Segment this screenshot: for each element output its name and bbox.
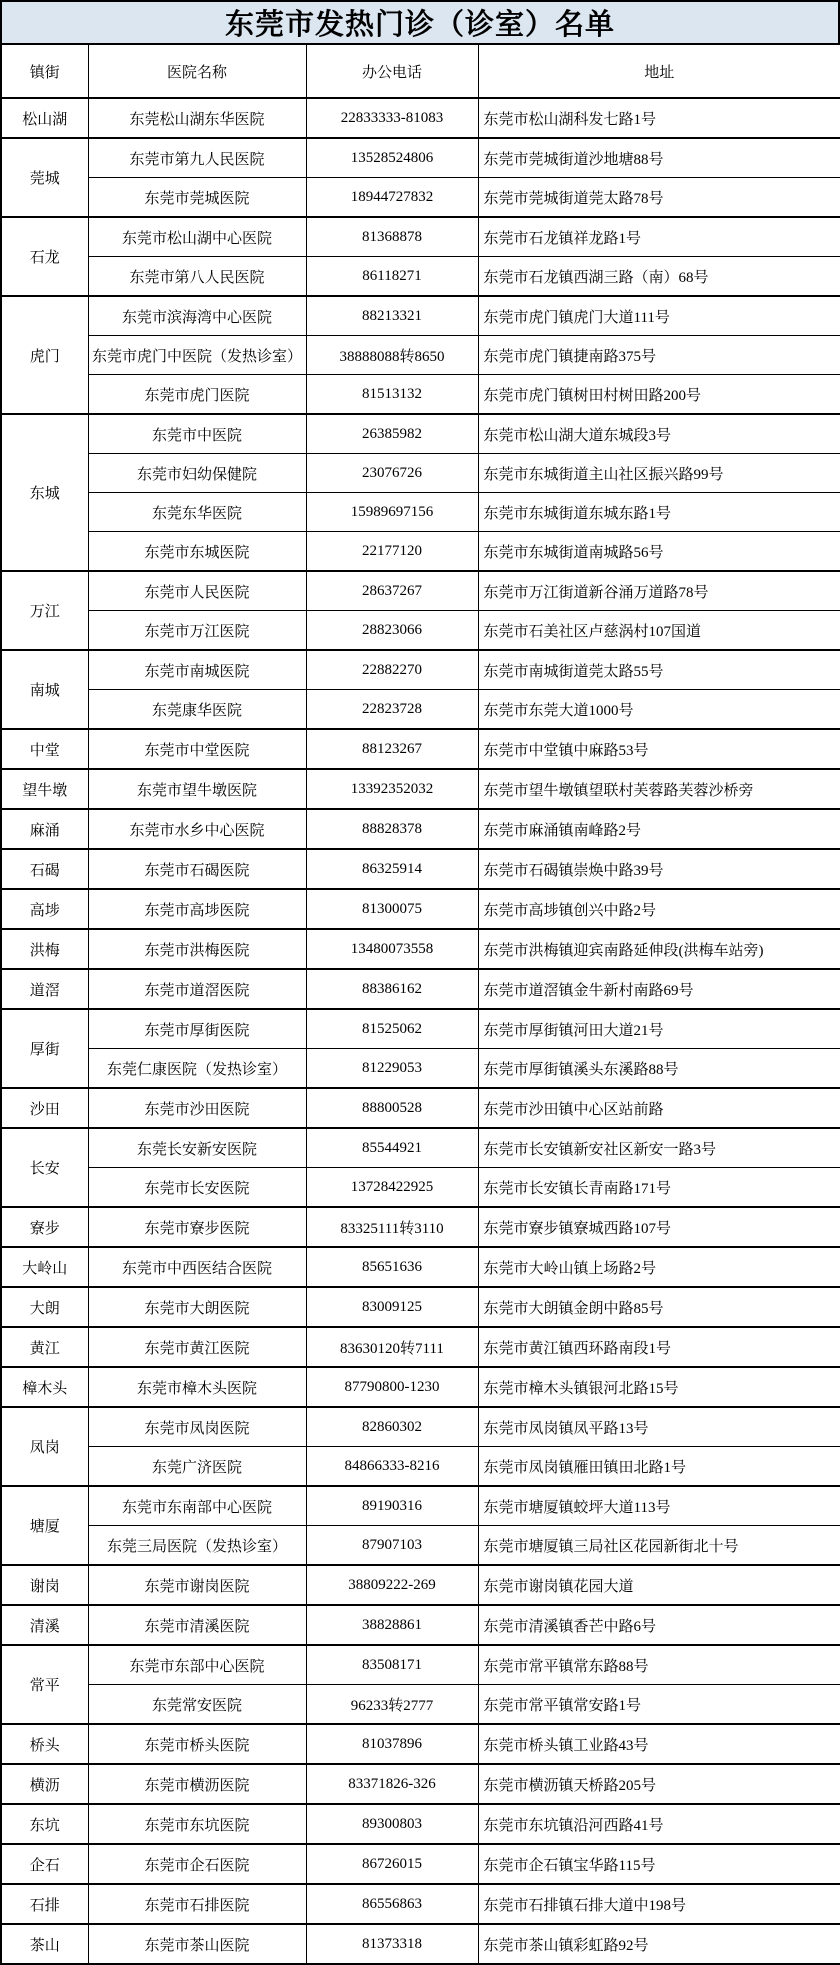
address-cell: 东莞市松山湖大道东城段3号 — [478, 414, 840, 454]
hospital-name-cell: 东莞市东部中心医院 — [88, 1645, 306, 1685]
address-cell: 东莞市长安镇新安社区新安一路3号 — [478, 1128, 840, 1168]
table-row: 厚街东莞市厚街医院81525062东莞市厚街镇河田大道21号 — [1, 1009, 840, 1049]
address-cell: 东莞市大朗镇金朗中路85号 — [478, 1287, 840, 1327]
hospital-name-cell: 东莞市虎门中医院（发热诊室） — [88, 336, 306, 375]
fever-clinic-document: 东莞市发热门诊（诊室）名单 镇街 医院名称 办公电话 地址 松山湖东莞松山湖东华… — [0, 0, 840, 1965]
address-cell: 东莞市洪梅镇迎宾南路延伸段(洪梅车站旁) — [478, 929, 840, 969]
phone-cell: 86726015 — [306, 1844, 478, 1884]
phone-cell: 86118271 — [306, 257, 478, 297]
address-cell: 东莞市石龙镇西湖三路（南）68号 — [478, 257, 840, 297]
hospital-name-cell: 东莞市妇幼保健院 — [88, 454, 306, 493]
hospital-name-cell: 东莞市松山湖中心医院 — [88, 217, 306, 257]
hospital-name-cell: 东莞康华医院 — [88, 690, 306, 730]
phone-cell: 87790800-1230 — [306, 1367, 478, 1407]
phone-cell: 28637267 — [306, 571, 478, 611]
hospital-name-cell: 东莞市大朗医院 — [88, 1287, 306, 1327]
phone-cell: 15989697156 — [306, 493, 478, 532]
table-row: 东莞市虎门医院81513132东莞市虎门镇树田村树田路200号 — [1, 375, 840, 415]
table-row: 东莞市虎门中医院（发热诊室）38888088转8650东莞市虎门镇捷南路375号 — [1, 336, 840, 375]
table-row: 凤岗东莞市凤岗医院82860302东莞市凤岗镇凤平路13号 — [1, 1407, 840, 1447]
header-town: 镇街 — [1, 44, 88, 98]
phone-cell: 88800528 — [306, 1088, 478, 1128]
hospital-name-cell: 东莞市横沥医院 — [88, 1764, 306, 1804]
table-row: 沙田东莞市沙田医院88800528东莞市沙田镇中心区站前路 — [1, 1088, 840, 1128]
phone-cell: 26385982 — [306, 414, 478, 454]
table-row: 黄江东莞市黄江医院83630120转7111东莞市黄江镇西环路南段1号 — [1, 1327, 840, 1367]
hospital-name-cell: 东莞东华医院 — [88, 493, 306, 532]
town-cell: 洪梅 — [1, 929, 88, 969]
phone-cell: 83009125 — [306, 1287, 478, 1327]
phone-cell: 81513132 — [306, 375, 478, 415]
town-cell: 企石 — [1, 1844, 88, 1884]
hospital-name-cell: 东莞市樟木头医院 — [88, 1367, 306, 1407]
phone-cell: 88828378 — [306, 809, 478, 849]
table-row: 石龙东莞市松山湖中心医院81368878东莞市石龙镇祥龙路1号 — [1, 217, 840, 257]
address-cell: 东莞市东城街道东城东路1号 — [478, 493, 840, 532]
address-cell: 东莞市高埗镇创兴中路2号 — [478, 889, 840, 929]
hospital-name-cell: 东莞市东坑医院 — [88, 1804, 306, 1844]
address-cell: 东莞市莞城街道沙地塘88号 — [478, 138, 840, 178]
phone-cell: 84866333-8216 — [306, 1447, 478, 1487]
town-cell: 谢岗 — [1, 1565, 88, 1605]
table-row: 谢岗东莞市谢岗医院38809222-269东莞市谢岗镇花园大道 — [1, 1565, 840, 1605]
phone-cell: 81373318 — [306, 1924, 478, 1964]
town-cell: 虎门 — [1, 296, 88, 414]
hospital-name-cell: 东莞市谢岗医院 — [88, 1565, 306, 1605]
table-row: 塘厦东莞市东南部中心医院89190316东莞市塘厦镇蛟坪大道113号 — [1, 1486, 840, 1526]
town-cell: 东城 — [1, 414, 88, 571]
header-phone: 办公电话 — [306, 44, 478, 98]
table-row: 洪梅东莞市洪梅医院13480073558东莞市洪梅镇迎宾南路延伸段(洪梅车站旁) — [1, 929, 840, 969]
hospital-name-cell: 东莞市凤岗医院 — [88, 1407, 306, 1447]
phone-cell: 88386162 — [306, 969, 478, 1009]
address-cell: 东莞市莞城街道莞太路78号 — [478, 178, 840, 218]
clinic-table: 镇街 医院名称 办公电话 地址 松山湖东莞松山湖东华医院22833333-810… — [0, 43, 840, 1965]
town-cell: 石龙 — [1, 217, 88, 296]
hospital-name-cell: 东莞市第九人民医院 — [88, 138, 306, 178]
address-cell: 东莞市道滘镇金牛新村南路69号 — [478, 969, 840, 1009]
hospital-name-cell: 东莞市沙田医院 — [88, 1088, 306, 1128]
hospital-name-cell: 东莞松山湖东华医院 — [88, 98, 306, 138]
address-cell: 东莞市常平镇常东路88号 — [478, 1645, 840, 1685]
table-row: 东莞市万江医院28823066东莞市石美社区卢慈涡村107国道 — [1, 611, 840, 651]
table-row: 东莞康华医院22823728东莞市东莞大道1000号 — [1, 690, 840, 730]
address-cell: 东莞市凤岗镇雁田镇田北路1号 — [478, 1447, 840, 1487]
hospital-name-cell: 东莞市水乡中心医院 — [88, 809, 306, 849]
phone-cell: 13728422925 — [306, 1168, 478, 1208]
table-row: 望牛墩东莞市望牛墩医院13392352032东莞市望牛墩镇望联村芙蓉路芙蓉沙桥旁 — [1, 769, 840, 809]
town-cell: 厚街 — [1, 1009, 88, 1088]
hospital-name-cell: 东莞市茶山医院 — [88, 1924, 306, 1964]
phone-cell: 13392352032 — [306, 769, 478, 809]
hospital-name-cell: 东莞市厚街医院 — [88, 1009, 306, 1049]
table-row: 石排东莞市石排医院86556863东莞市石排镇石排大道中198号 — [1, 1884, 840, 1924]
table-row: 大岭山东莞市中西医结合医院85651636东莞市大岭山镇上场路2号 — [1, 1247, 840, 1287]
town-cell: 沙田 — [1, 1088, 88, 1128]
hospital-name-cell: 东莞市企石医院 — [88, 1844, 306, 1884]
phone-cell: 88123267 — [306, 729, 478, 769]
phone-cell: 83630120转7111 — [306, 1327, 478, 1367]
hospital-name-cell: 东莞市中西医结合医院 — [88, 1247, 306, 1287]
address-cell: 东莞市横沥镇天桥路205号 — [478, 1764, 840, 1804]
phone-cell: 81300075 — [306, 889, 478, 929]
phone-cell: 81229053 — [306, 1049, 478, 1089]
table-body: 松山湖东莞松山湖东华医院22833333-81083东莞市松山湖科发七路1号莞城… — [1, 98, 840, 1964]
town-cell: 南城 — [1, 650, 88, 729]
town-cell: 万江 — [1, 571, 88, 650]
address-cell: 东莞市沙田镇中心区站前路 — [478, 1088, 840, 1128]
address-cell: 东莞市黄江镇西环路南段1号 — [478, 1327, 840, 1367]
address-cell: 东莞市麻涌镇南峰路2号 — [478, 809, 840, 849]
hospital-name-cell: 东莞广济医院 — [88, 1447, 306, 1487]
hospital-name-cell: 东莞市石碣医院 — [88, 849, 306, 889]
hospital-name-cell: 东莞市第八人民医院 — [88, 257, 306, 297]
address-cell: 东莞市厚街镇河田大道21号 — [478, 1009, 840, 1049]
address-cell: 东莞市石排镇石排大道中198号 — [478, 1884, 840, 1924]
phone-cell: 38809222-269 — [306, 1565, 478, 1605]
town-cell: 大朗 — [1, 1287, 88, 1327]
phone-cell: 22882270 — [306, 650, 478, 690]
hospital-name-cell: 东莞市长安医院 — [88, 1168, 306, 1208]
town-cell: 长安 — [1, 1128, 88, 1207]
address-cell: 东莞市石碣镇崇焕中路39号 — [478, 849, 840, 889]
town-cell: 中堂 — [1, 729, 88, 769]
address-cell: 东莞市寮步镇寮城西路107号 — [478, 1207, 840, 1247]
phone-cell: 83371826-326 — [306, 1764, 478, 1804]
table-row: 石碣东莞市石碣医院86325914东莞市石碣镇崇焕中路39号 — [1, 849, 840, 889]
phone-cell: 87907103 — [306, 1526, 478, 1566]
phone-cell: 13528524806 — [306, 138, 478, 178]
table-row: 东莞市莞城医院18944727832东莞市莞城街道莞太路78号 — [1, 178, 840, 218]
town-cell: 塘厦 — [1, 1486, 88, 1565]
hospital-name-cell: 东莞市东城医院 — [88, 532, 306, 572]
hospital-name-cell: 东莞市寮步医院 — [88, 1207, 306, 1247]
phone-cell: 22177120 — [306, 532, 478, 572]
phone-cell: 22833333-81083 — [306, 98, 478, 138]
town-cell: 望牛墩 — [1, 769, 88, 809]
address-cell: 东莞市松山湖科发七路1号 — [478, 98, 840, 138]
phone-cell: 83508171 — [306, 1645, 478, 1685]
address-cell: 东莞市虎门镇虎门大道111号 — [478, 296, 840, 336]
table-row: 茶山东莞市茶山医院81373318东莞市茶山镇彩虹路92号 — [1, 1924, 840, 1964]
hospital-name-cell: 东莞市黄江医院 — [88, 1327, 306, 1367]
hospital-name-cell: 东莞仁康医院（发热诊室） — [88, 1049, 306, 1089]
hospital-name-cell: 东莞长安新安医院 — [88, 1128, 306, 1168]
table-row: 虎门东莞市滨海湾中心医院88213321东莞市虎门镇虎门大道111号 — [1, 296, 840, 336]
hospital-name-cell: 东莞市虎门医院 — [88, 375, 306, 415]
town-cell: 石碣 — [1, 849, 88, 889]
table-row: 东莞市长安医院13728422925东莞市长安镇长青南路171号 — [1, 1168, 840, 1208]
phone-cell: 81368878 — [306, 217, 478, 257]
address-cell: 东莞市虎门镇树田村树田路200号 — [478, 375, 840, 415]
hospital-name-cell: 东莞市万江医院 — [88, 611, 306, 651]
table-row: 道滘东莞市道滘医院88386162东莞市道滘镇金牛新村南路69号 — [1, 969, 840, 1009]
town-cell: 麻涌 — [1, 809, 88, 849]
phone-cell: 38828861 — [306, 1605, 478, 1645]
table-row: 企石东莞市企石医院86726015东莞市企石镇宝华路115号 — [1, 1844, 840, 1884]
address-cell: 东莞市樟木头镇银河北路15号 — [478, 1367, 840, 1407]
town-cell: 大岭山 — [1, 1247, 88, 1287]
table-row: 高埗东莞市高埗医院81300075东莞市高埗镇创兴中路2号 — [1, 889, 840, 929]
address-cell: 东莞市虎门镇捷南路375号 — [478, 336, 840, 375]
phone-cell: 88213321 — [306, 296, 478, 336]
hospital-name-cell: 东莞市清溪医院 — [88, 1605, 306, 1645]
hospital-name-cell: 东莞市道滘医院 — [88, 969, 306, 1009]
address-cell: 东莞市中堂镇中麻路53号 — [478, 729, 840, 769]
hospital-name-cell: 东莞市洪梅医院 — [88, 929, 306, 969]
town-cell: 莞城 — [1, 138, 88, 217]
table-header: 镇街 医院名称 办公电话 地址 — [1, 44, 840, 98]
phone-cell: 89300803 — [306, 1804, 478, 1844]
phone-cell: 23076726 — [306, 454, 478, 493]
town-cell: 道滘 — [1, 969, 88, 1009]
town-cell: 松山湖 — [1, 98, 88, 138]
phone-cell: 85544921 — [306, 1128, 478, 1168]
table-row: 东莞三局医院（发热诊室）87907103东莞市塘厦镇三局社区花园新街北十号 — [1, 1526, 840, 1566]
hospital-name-cell: 东莞市桥头医院 — [88, 1724, 306, 1764]
header-row: 镇街 医院名称 办公电话 地址 — [1, 44, 840, 98]
hospital-name-cell: 东莞市石排医院 — [88, 1884, 306, 1924]
hospital-name-cell: 东莞市中堂医院 — [88, 729, 306, 769]
address-cell: 东莞市南城街道莞太路55号 — [478, 650, 840, 690]
phone-cell: 86556863 — [306, 1884, 478, 1924]
phone-cell: 86325914 — [306, 849, 478, 889]
town-cell: 黄江 — [1, 1327, 88, 1367]
hospital-name-cell: 东莞市高埗医院 — [88, 889, 306, 929]
town-cell: 高埗 — [1, 889, 88, 929]
phone-cell: 22823728 — [306, 690, 478, 730]
phone-cell: 18944727832 — [306, 178, 478, 218]
address-cell: 东莞市塘厦镇蛟坪大道113号 — [478, 1486, 840, 1526]
table-row: 常平东莞市东部中心医院83508171东莞市常平镇常东路88号 — [1, 1645, 840, 1685]
table-row: 东莞市第八人民医院86118271东莞市石龙镇西湖三路（南）68号 — [1, 257, 840, 297]
town-cell: 常平 — [1, 1645, 88, 1724]
table-row: 东莞常安医院96233转2777东莞市常平镇常安路1号 — [1, 1685, 840, 1725]
address-cell: 东莞市桥头镇工业路43号 — [478, 1724, 840, 1764]
phone-cell: 38888088转8650 — [306, 336, 478, 375]
phone-cell: 81525062 — [306, 1009, 478, 1049]
table-row: 长安东莞长安新安医院85544921东莞市长安镇新安社区新安一路3号 — [1, 1128, 840, 1168]
address-cell: 东莞市塘厦镇三局社区花园新街北十号 — [478, 1526, 840, 1566]
table-row: 桥头东莞市桥头医院81037896东莞市桥头镇工业路43号 — [1, 1724, 840, 1764]
town-cell: 樟木头 — [1, 1367, 88, 1407]
table-row: 东莞仁康医院（发热诊室）81229053东莞市厚街镇溪头东溪路88号 — [1, 1049, 840, 1089]
table-row: 东莞广济医院84866333-8216东莞市凤岗镇雁田镇田北路1号 — [1, 1447, 840, 1487]
town-cell: 凤岗 — [1, 1407, 88, 1486]
address-cell: 东莞市望牛墩镇望联村芙蓉路芙蓉沙桥旁 — [478, 769, 840, 809]
hospital-name-cell: 东莞市东南部中心医院 — [88, 1486, 306, 1526]
address-cell: 东莞市常平镇常安路1号 — [478, 1685, 840, 1725]
hospital-name-cell: 东莞市人民医院 — [88, 571, 306, 611]
phone-cell: 85651636 — [306, 1247, 478, 1287]
table-row: 莞城东莞市第九人民医院13528524806东莞市莞城街道沙地塘88号 — [1, 138, 840, 178]
phone-cell: 13480073558 — [306, 929, 478, 969]
table-row: 麻涌东莞市水乡中心医院88828378东莞市麻涌镇南峰路2号 — [1, 809, 840, 849]
town-cell: 清溪 — [1, 1605, 88, 1645]
address-cell: 东莞市谢岗镇花园大道 — [478, 1565, 840, 1605]
table-row: 大朗东莞市大朗医院83009125东莞市大朗镇金朗中路85号 — [1, 1287, 840, 1327]
address-cell: 东莞市大岭山镇上场路2号 — [478, 1247, 840, 1287]
hospital-name-cell: 东莞市滨海湾中心医院 — [88, 296, 306, 336]
table-row: 松山湖东莞松山湖东华医院22833333-81083东莞市松山湖科发七路1号 — [1, 98, 840, 138]
hospital-name-cell: 东莞市南城医院 — [88, 650, 306, 690]
table-row: 东城东莞市中医院26385982东莞市松山湖大道东城段3号 — [1, 414, 840, 454]
hospital-name-cell: 东莞三局医院（发热诊室） — [88, 1526, 306, 1566]
table-row: 南城东莞市南城医院22882270东莞市南城街道莞太路55号 — [1, 650, 840, 690]
address-cell: 东莞市厚街镇溪头东溪路88号 — [478, 1049, 840, 1089]
address-cell: 东莞市企石镇宝华路115号 — [478, 1844, 840, 1884]
table-row: 东莞东华医院15989697156东莞市东城街道东城东路1号 — [1, 493, 840, 532]
table-row: 万江东莞市人民医院28637267东莞市万江街道新谷涌万道路78号 — [1, 571, 840, 611]
address-cell: 东莞市东坑镇沿河西路41号 — [478, 1804, 840, 1844]
phone-cell: 89190316 — [306, 1486, 478, 1526]
phone-cell: 96233转2777 — [306, 1685, 478, 1725]
hospital-name-cell: 东莞市莞城医院 — [88, 178, 306, 218]
address-cell: 东莞市清溪镇香芒中路6号 — [478, 1605, 840, 1645]
table-row: 东莞市妇幼保健院23076726东莞市东城街道主山社区振兴路99号 — [1, 454, 840, 493]
address-cell: 东莞市万江街道新谷涌万道路78号 — [478, 571, 840, 611]
address-cell: 东莞市东城街道主山社区振兴路99号 — [478, 454, 840, 493]
table-row: 东莞市东城医院22177120东莞市东城街道南城路56号 — [1, 532, 840, 572]
phone-cell: 82860302 — [306, 1407, 478, 1447]
table-row: 东坑东莞市东坑医院89300803东莞市东坑镇沿河西路41号 — [1, 1804, 840, 1844]
town-cell: 寮步 — [1, 1207, 88, 1247]
phone-cell: 81037896 — [306, 1724, 478, 1764]
address-cell: 东莞市茶山镇彩虹路92号 — [478, 1924, 840, 1964]
town-cell: 东坑 — [1, 1804, 88, 1844]
table-row: 寮步东莞市寮步医院83325111转3110东莞市寮步镇寮城西路107号 — [1, 1207, 840, 1247]
table-row: 横沥东莞市横沥医院83371826-326东莞市横沥镇天桥路205号 — [1, 1764, 840, 1804]
town-cell: 横沥 — [1, 1764, 88, 1804]
header-hospital-name: 医院名称 — [88, 44, 306, 98]
page-title: 东莞市发热门诊（诊室）名单 — [0, 0, 840, 43]
table-row: 樟木头东莞市樟木头医院87790800-1230东莞市樟木头镇银河北路15号 — [1, 1367, 840, 1407]
address-cell: 东莞市石龙镇祥龙路1号 — [478, 217, 840, 257]
address-cell: 东莞市东莞大道1000号 — [478, 690, 840, 730]
table-row: 中堂东莞市中堂医院88123267东莞市中堂镇中麻路53号 — [1, 729, 840, 769]
phone-cell: 28823066 — [306, 611, 478, 651]
town-cell: 茶山 — [1, 1924, 88, 1964]
table-row: 清溪东莞市清溪医院38828861东莞市清溪镇香芒中路6号 — [1, 1605, 840, 1645]
town-cell: 石排 — [1, 1884, 88, 1924]
header-address: 地址 — [478, 44, 840, 98]
hospital-name-cell: 东莞市望牛墩医院 — [88, 769, 306, 809]
hospital-name-cell: 东莞常安医院 — [88, 1685, 306, 1725]
address-cell: 东莞市东城街道南城路56号 — [478, 532, 840, 572]
hospital-name-cell: 东莞市中医院 — [88, 414, 306, 454]
phone-cell: 83325111转3110 — [306, 1207, 478, 1247]
address-cell: 东莞市凤岗镇凤平路13号 — [478, 1407, 840, 1447]
town-cell: 桥头 — [1, 1724, 88, 1764]
address-cell: 东莞市石美社区卢慈涡村107国道 — [478, 611, 840, 651]
address-cell: 东莞市长安镇长青南路171号 — [478, 1168, 840, 1208]
